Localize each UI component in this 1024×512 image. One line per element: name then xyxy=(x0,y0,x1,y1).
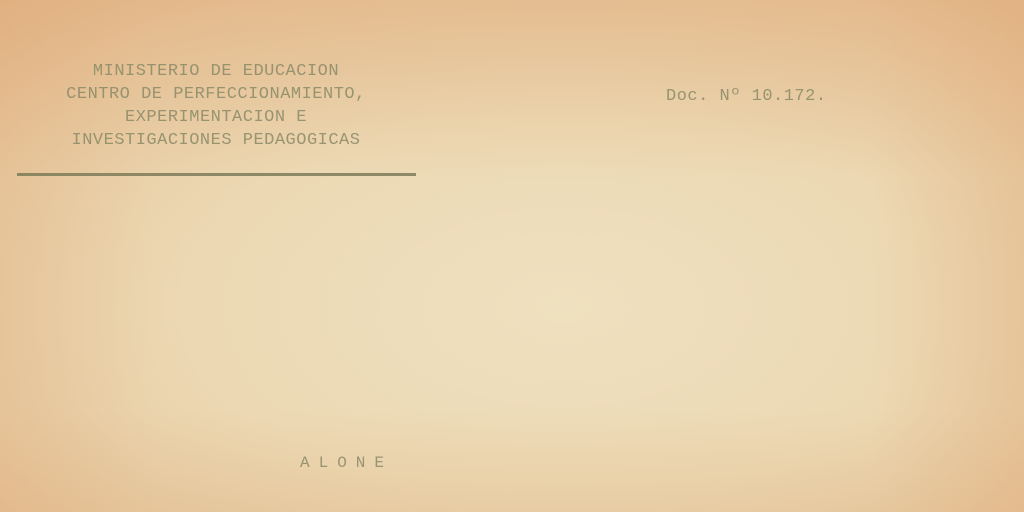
header-line-experimentation: EXPERIMENTACION E xyxy=(16,106,416,129)
header-line-investigations: INVESTIGACIONES PEDAGOGICAS xyxy=(16,129,416,152)
document-number: Doc. Nº 10.172. xyxy=(666,87,827,106)
header-divider xyxy=(17,173,416,176)
document-title: ALONE xyxy=(300,454,393,472)
institution-header: MINISTERIO DE EDUCACION CENTRO DE PERFEC… xyxy=(16,60,416,152)
header-line-center: CENTRO DE PERFECCIONAMIENTO, xyxy=(16,83,416,106)
header-line-ministry: MINISTERIO DE EDUCACION xyxy=(16,60,416,83)
